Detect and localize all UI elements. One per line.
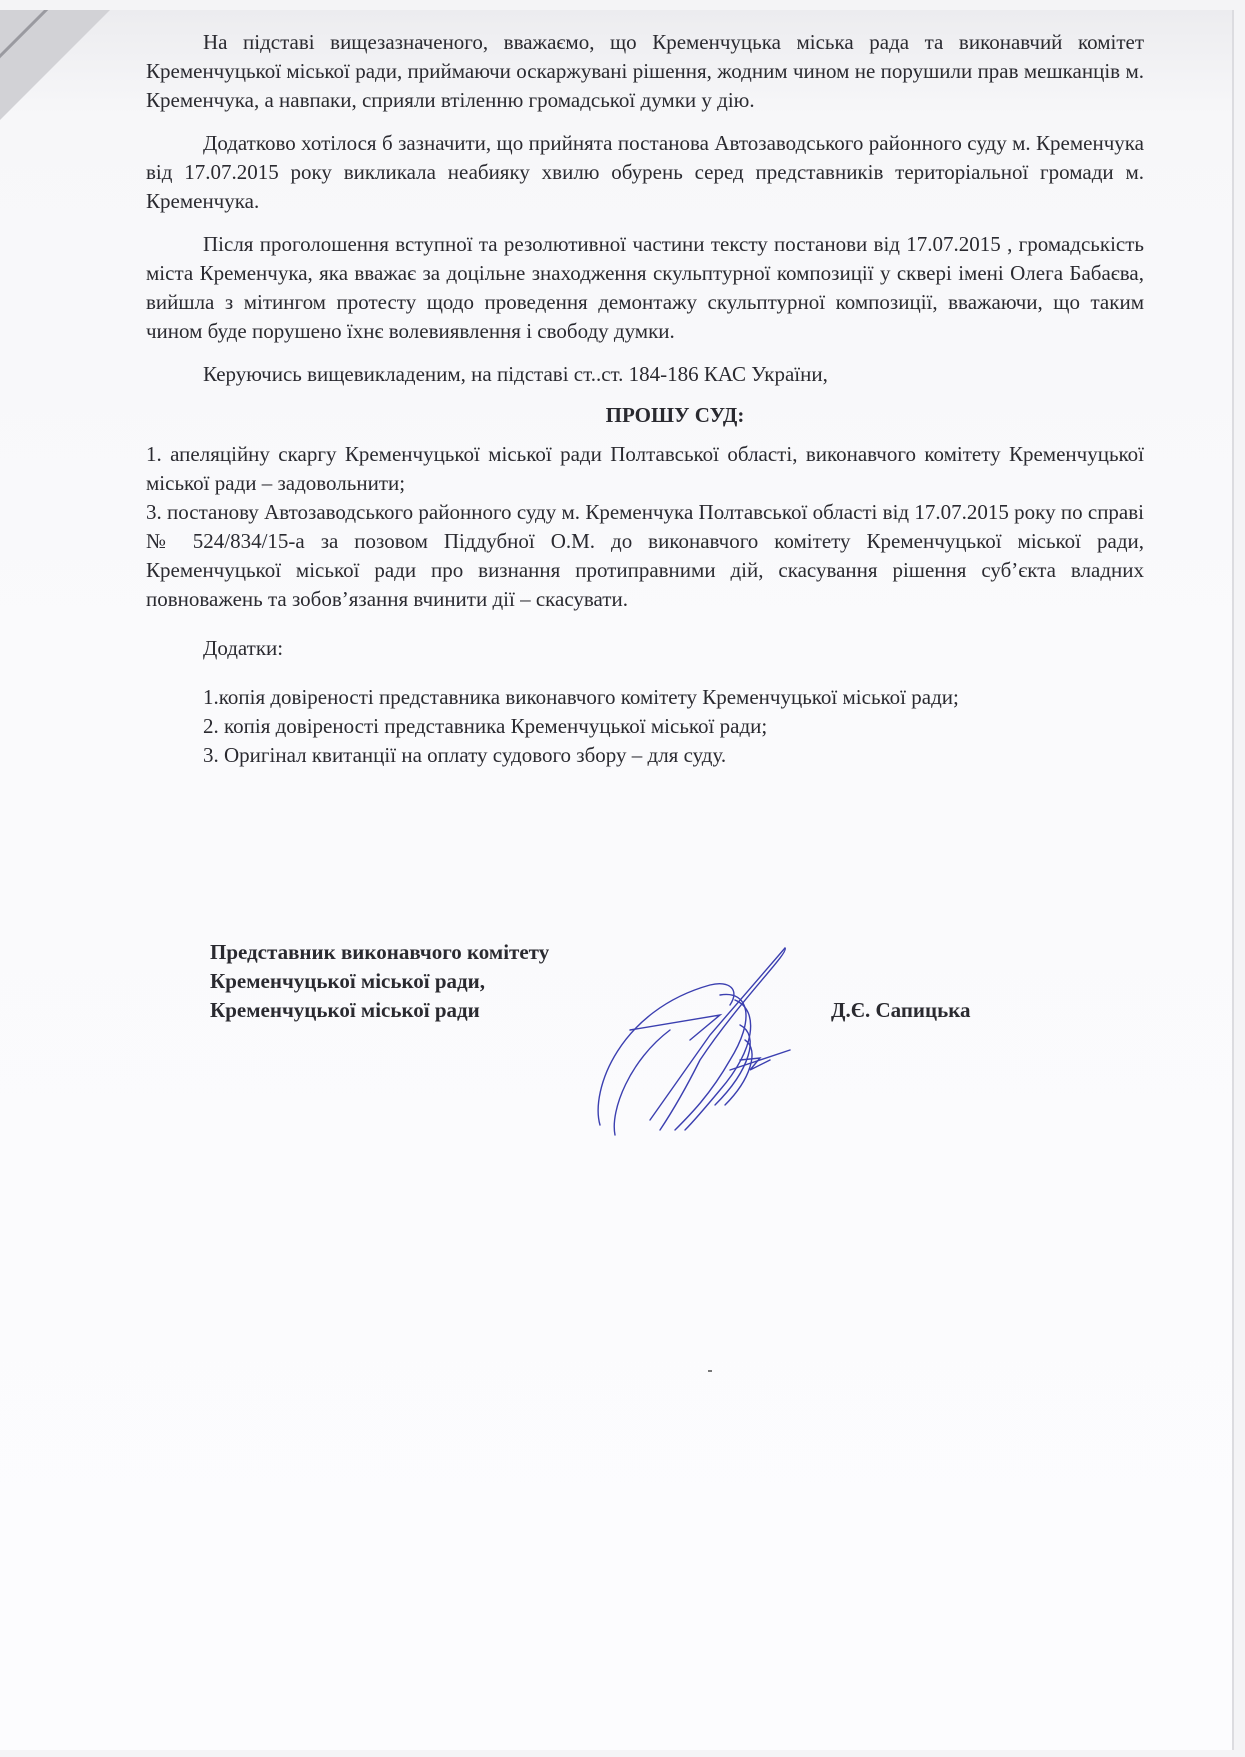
paragraph-additional: Додатково хотілося б зазначити, що прийн… — [146, 129, 1144, 216]
handwritten-signature-icon — [590, 940, 810, 1140]
folded-corner — [0, 10, 110, 120]
signatory-title: Представник виконавчого комітету Кременч… — [210, 938, 549, 1025]
request-item-3: 3. постанову Автозаводського районного с… — [146, 498, 1144, 614]
scanned-page: На підставі вищезазначеного, вважаємо, щ… — [0, 10, 1234, 1750]
signatory-name: Д.Є. Сапицька — [831, 996, 971, 1025]
attachments-list: 1.копія довіреності представника виконав… — [146, 683, 1144, 770]
attachment-item: 2. копія довіреності представника Кремен… — [146, 712, 1144, 741]
paragraph-conclusion: На підставі вищезазначеного, вважаємо, щ… — [146, 28, 1144, 115]
attachment-item: 1.копія довіреності представника виконав… — [146, 683, 1144, 712]
request-heading: ПРОШУ СУД: — [146, 401, 1144, 430]
signatory-title-line: Представник виконавчого комітету — [210, 938, 549, 967]
signatory-title-line: Кременчуцької міської ради — [210, 996, 549, 1025]
scan-speck — [708, 1370, 712, 1372]
request-item-1: 1. апеляційну скаргу Кременчуцької міськ… — [146, 440, 1144, 498]
body-text: На підставі вищезазначеного, вважаємо, щ… — [146, 28, 1144, 770]
paragraph-protest: Після проголошення вступної та резолютив… — [146, 230, 1144, 346]
attachments-heading: Додатки: — [146, 634, 1144, 663]
signatory-title-line: Кременчуцької міської ради, — [210, 967, 549, 996]
paragraph-legal-basis: Керуючись вищевикладеним, на підставі ст… — [146, 360, 1144, 389]
attachment-item: 3. Оригінал квитанції на оплату судового… — [146, 741, 1144, 770]
